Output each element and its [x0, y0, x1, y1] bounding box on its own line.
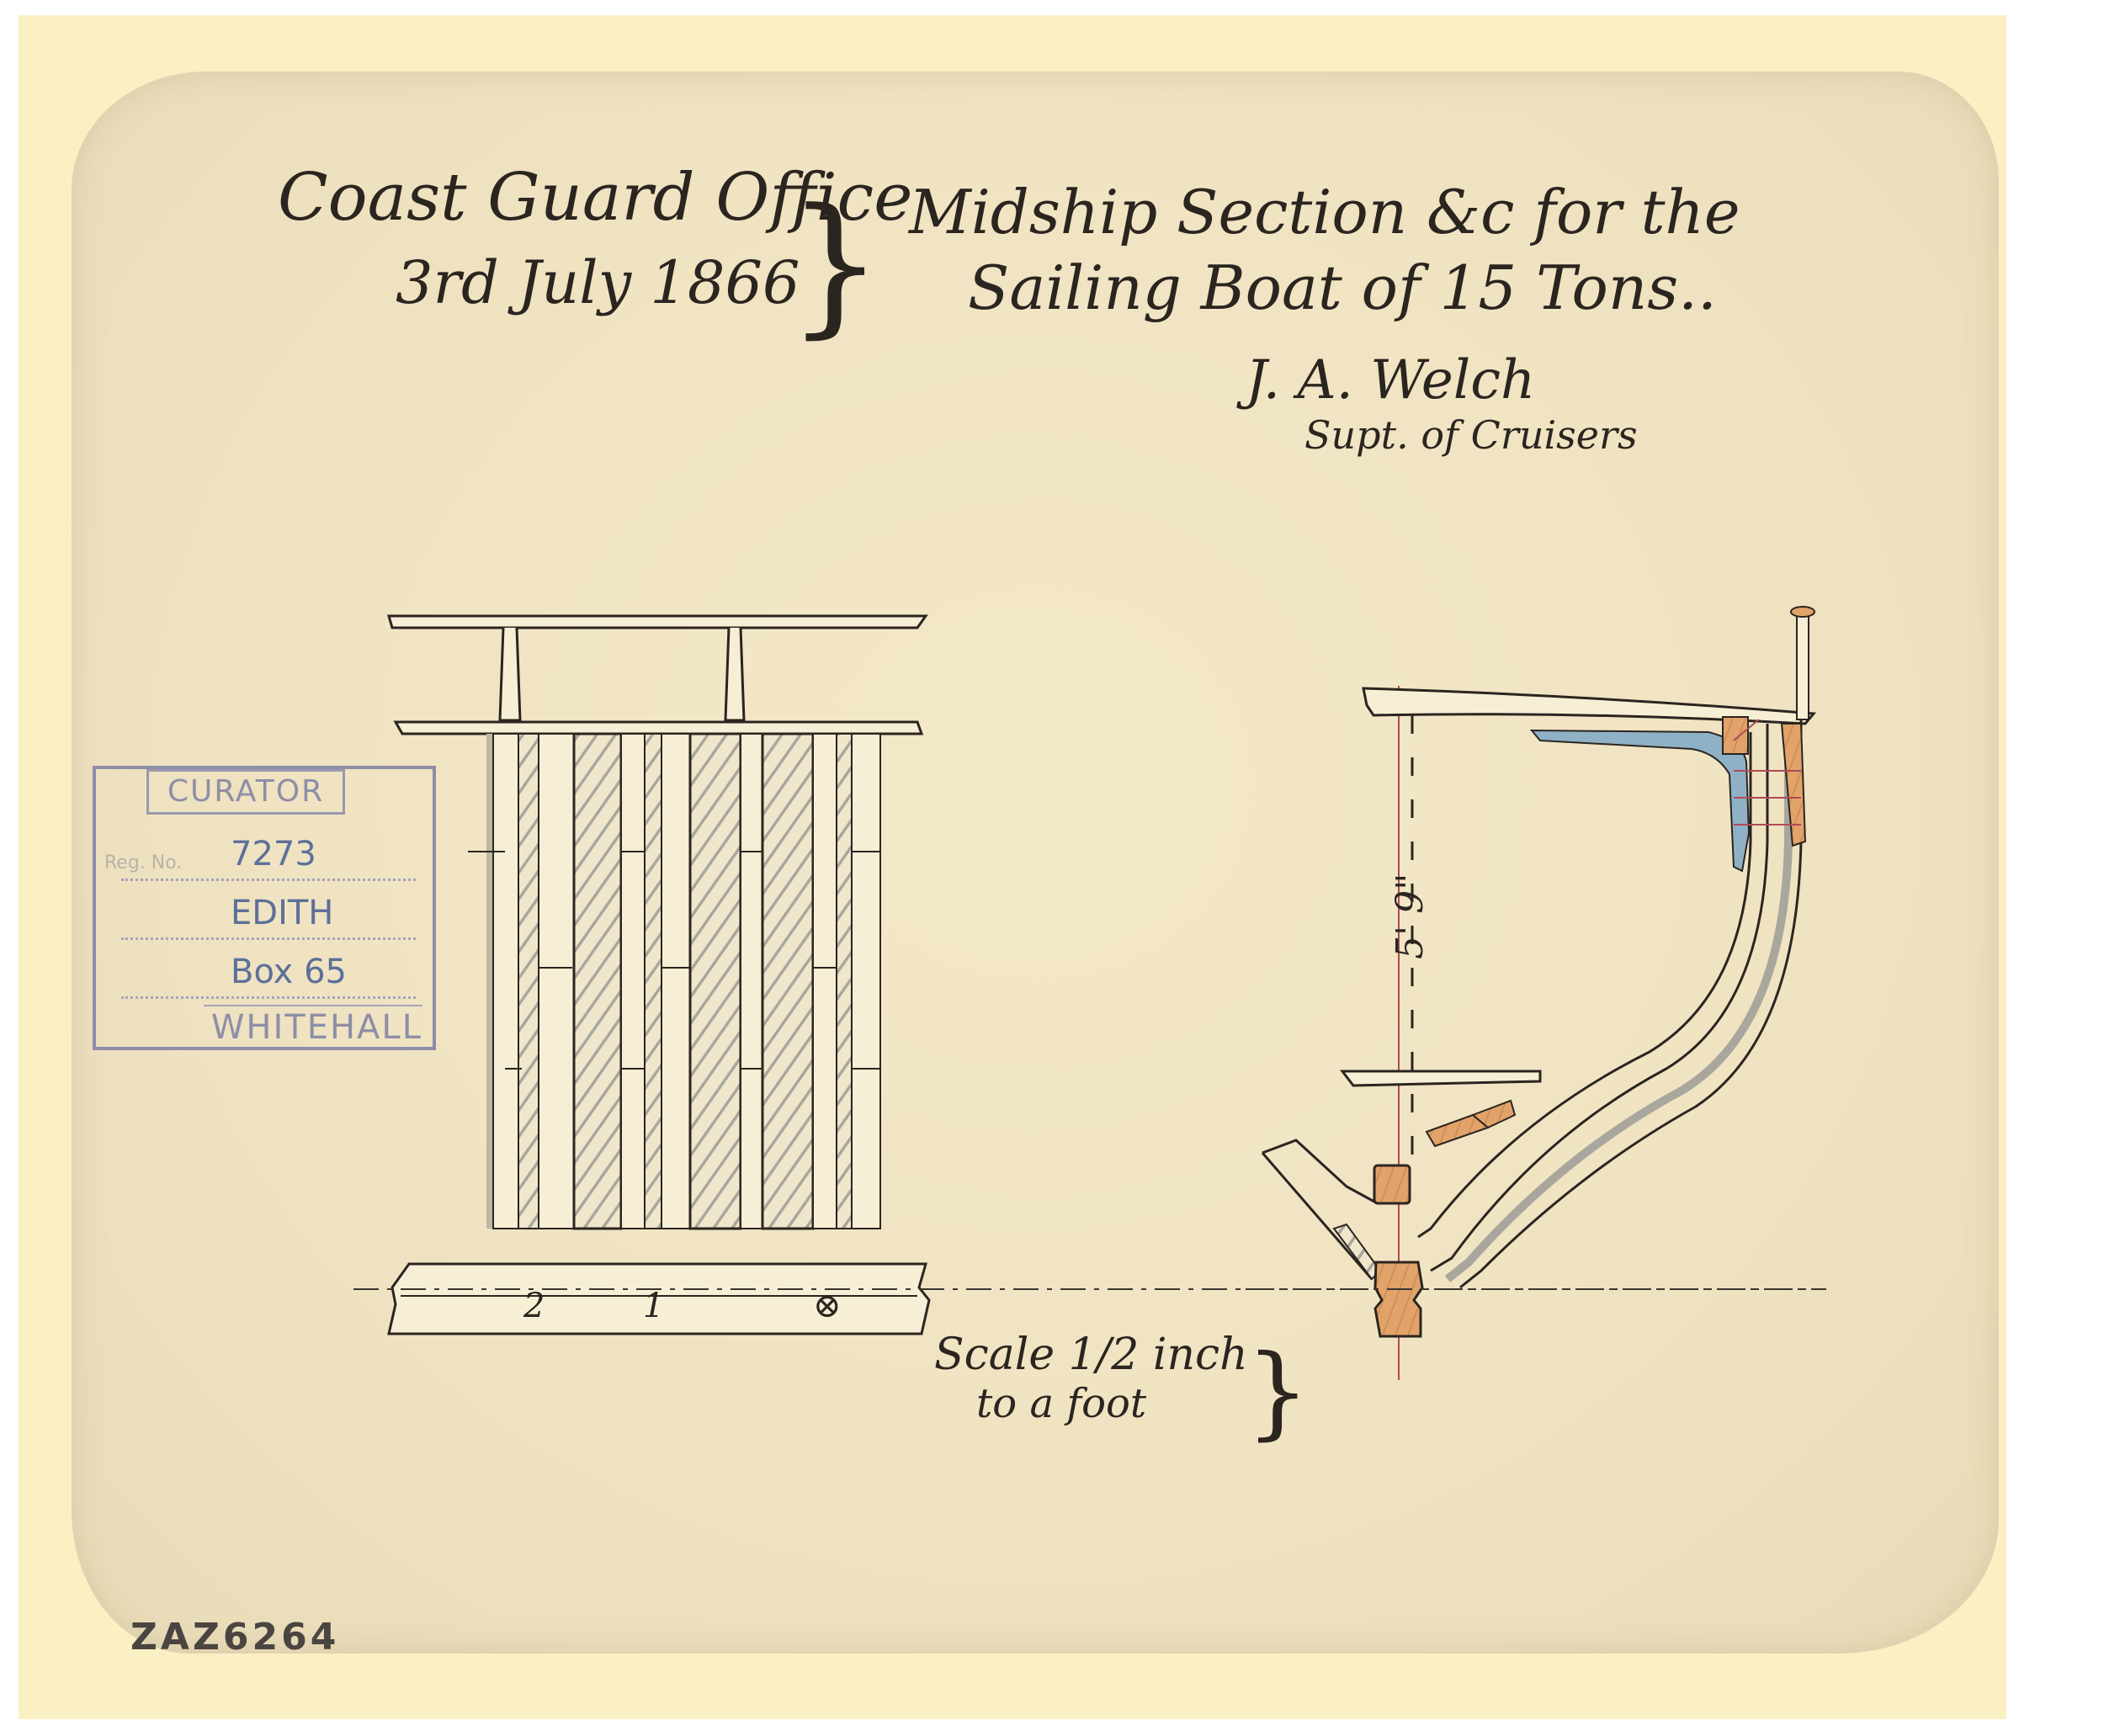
scale-note-line1: Scale 1/2 inch — [934, 1330, 1248, 1380]
reference-number: ZAZ6264 — [130, 1616, 339, 1659]
technical-drawing: 2 1 ⊗ — [0, 0, 2104, 1736]
framing-elevation — [353, 616, 1826, 1334]
frame-label-2: 2 — [523, 1287, 545, 1325]
midship-section — [1246, 607, 1826, 1380]
scale-brace: } — [1246, 1334, 1310, 1451]
scale-note-line2: to a foot — [976, 1380, 1146, 1427]
depth-dimension-label: 5' 9" — [1389, 873, 1432, 959]
frame-label-1: 1 — [643, 1287, 664, 1325]
frame-label-midship: ⊗ — [813, 1287, 842, 1325]
